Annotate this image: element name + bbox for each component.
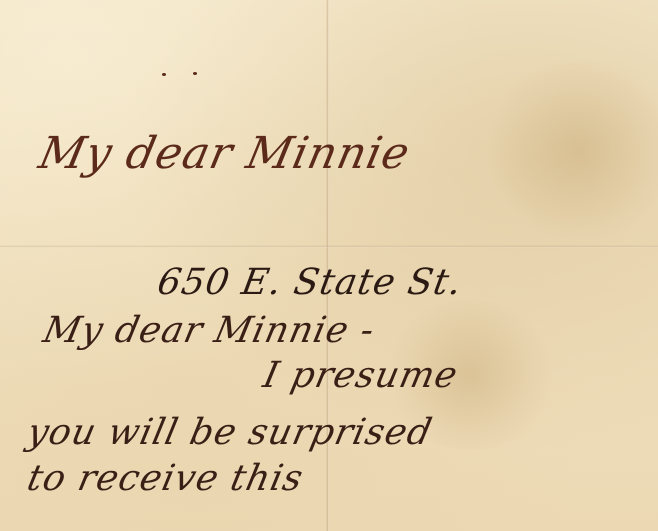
letter-line: you will be surprised — [24, 412, 436, 453]
horizontal-fold-crease — [0, 245, 658, 248]
letter-line: to receive this — [24, 458, 308, 499]
salutation-heading: My dear Minnie — [35, 128, 415, 179]
return-address: 650 E. State St. — [154, 262, 465, 303]
letter-line: I presume — [260, 355, 462, 396]
letter-page: My dear Minnie 650 E. State St. My dear … — [0, 0, 658, 531]
ink-dot — [162, 73, 166, 76]
letter-line: My dear Minnie - — [40, 310, 379, 351]
ink-dot — [193, 72, 197, 75]
paper-stain — [480, 60, 658, 240]
